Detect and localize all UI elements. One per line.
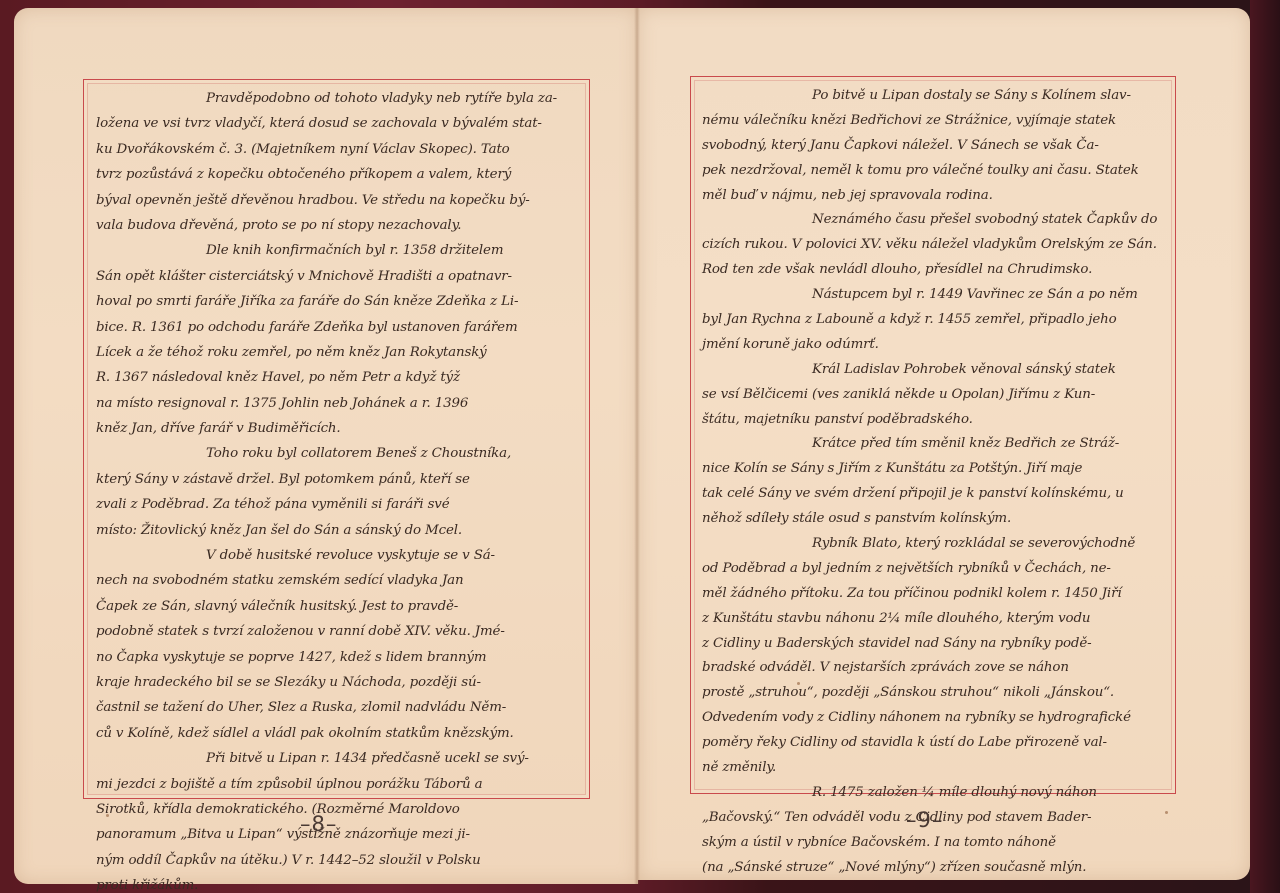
text-line: se vsí Bělčicemi (ves zaniklá někde u Op… bbox=[702, 383, 1157, 408]
text-line: býval opevněn ještě dřevěnou hradbou. Ve… bbox=[96, 188, 557, 213]
text-line: kněz Jan, dříve farář v Budiměřicích. bbox=[96, 416, 557, 441]
text-line: měl žádného přítoku. Za tou příčinou pod… bbox=[702, 582, 1157, 607]
text-line: měl buď v nájmu, neb jej spravovala rodi… bbox=[702, 184, 1157, 209]
text-line: Po bitvě u Lipan dostaly se Sány s Kolín… bbox=[702, 84, 1157, 109]
text-line: poměry řeky Cidliny od stavidla k ústí d… bbox=[702, 731, 1157, 756]
text-line: Rybník Blato, který rozkládal se severov… bbox=[702, 532, 1157, 557]
text-line: mi jezdci z bojiště a tím způsobil úplno… bbox=[96, 772, 557, 797]
text-line: Čapek ze Sán, slavný válečník husitský. … bbox=[96, 594, 557, 619]
text-line: R. 1475 založen ¼ míle dlouhý nový náhon bbox=[702, 781, 1157, 806]
text-line: Rod ten zde však nevládl dlouho, přesídl… bbox=[702, 258, 1157, 283]
text-line: Sán opět klášter cisterciátský v Mnichov… bbox=[96, 264, 557, 289]
text-line: Při bitvě u Lipan r. 1434 předčasně ucek… bbox=[96, 746, 557, 771]
text-line: Dle knih konfirmačních byl r. 1358 držit… bbox=[96, 238, 557, 263]
text-line: pek nezdržoval, neměl k tomu pro válečné… bbox=[702, 159, 1157, 184]
text-line: Toho roku byl collatorem Beneš z Choustn… bbox=[96, 441, 557, 466]
text-line: ložena ve vsi tvrz vladyčí, která dosud … bbox=[96, 111, 557, 136]
paper-stain bbox=[106, 814, 109, 817]
text-line: z Cidliny u Baderských stavidel nad Sány… bbox=[702, 632, 1157, 657]
text-line: Nástupcem byl r. 1449 Vavřinec ze Sán a … bbox=[702, 283, 1157, 308]
text-line: nému válečníku knězi Bedřichovi ze Stráž… bbox=[702, 109, 1157, 134]
text-line: prostě „struhou“, později „Sánskou struh… bbox=[702, 681, 1157, 706]
text-line: Krátce před tím směnil kněz Bedřich ze S… bbox=[702, 432, 1157, 457]
text-line: Odvedením vody z Cidliny náhonem na rybn… bbox=[702, 706, 1157, 731]
text-line: nech na svobodném statku zemském sedící … bbox=[96, 568, 557, 593]
text-line: ců v Kolíně, kdež sídlel a vládl pak oko… bbox=[96, 721, 557, 746]
text-line: ně změnily. bbox=[702, 756, 1157, 781]
text-line: ným oddíl Čapkův na útěku.) V r. 1442–52… bbox=[96, 848, 557, 873]
text-line: štátu, majetníku panství poděbradského. bbox=[702, 408, 1157, 433]
text-line: vala budova dřevěná, proto se po ní stop… bbox=[96, 213, 557, 238]
text-line: jmění koruně jako odúmrť. bbox=[702, 333, 1157, 358]
text-line: nice Kolín se Sány s Jiřím z Kunštátu za… bbox=[702, 457, 1157, 482]
right-page-handwritten-text: Po bitvě u Lipan dostaly se Sány s Kolín… bbox=[702, 84, 1157, 881]
text-line: místo: Žitovlický kněz Jan šel do Sán a … bbox=[96, 518, 557, 543]
text-line: proti křižákům. bbox=[96, 873, 557, 893]
text-line: V době husitské revoluce vyskytuje se v … bbox=[96, 543, 557, 568]
paper-stain bbox=[1165, 811, 1168, 814]
page-number-left: –8– bbox=[300, 812, 337, 836]
text-line: Neznámého času přešel svobodný statek Ča… bbox=[702, 208, 1157, 233]
text-line: od Poděbrad a byl jedním z největších ry… bbox=[702, 557, 1157, 582]
page-number-right: –9– bbox=[906, 808, 943, 832]
text-line: Král Ladislav Pohrobek věnoval sánský st… bbox=[702, 358, 1157, 383]
left-page-handwritten-text: Pravděpodobno od tohoto vladyky neb rytí… bbox=[96, 86, 557, 893]
text-line: bice. R. 1361 po odchodu faráře Zdeňka b… bbox=[96, 315, 557, 340]
text-line: bradské odváděl. V nejstarších zprávách … bbox=[702, 656, 1157, 681]
text-line: tak celé Sány ve svém držení připojil je… bbox=[702, 482, 1157, 507]
text-line: tvrz pozůstává z kopečku obtočeného přík… bbox=[96, 162, 557, 187]
book-gutter bbox=[634, 8, 640, 884]
text-line: (na „Sánské struze“ „Nové mlýny“) zřízen… bbox=[702, 856, 1157, 881]
text-line: ku Dvořákovském č. 3. (Majetníkem nyní V… bbox=[96, 137, 557, 162]
text-line: zvali z Poděbrad. Za téhož pána vyměnili… bbox=[96, 492, 557, 517]
text-line: který Sány v zástavě držel. Byl potomkem… bbox=[96, 467, 557, 492]
text-line: kraje hradeckého bil se se Slezáky u Nác… bbox=[96, 670, 557, 695]
text-line: R. 1367 následoval kněz Havel, po něm Pe… bbox=[96, 365, 557, 390]
text-line: něhož sdíleły stále osud s panstvím kolí… bbox=[702, 507, 1157, 532]
text-line: častnil se tažení do Uher, Slez a Ruska,… bbox=[96, 695, 557, 720]
text-line: Pravděpodobno od tohoto vladyky neb rytí… bbox=[96, 86, 557, 111]
text-line: byl Jan Rychna z Labouně a když r. 1455 … bbox=[702, 308, 1157, 333]
text-line: svobodný, který Janu Čapkovi náležel. V … bbox=[702, 134, 1157, 159]
paper-stain bbox=[797, 682, 800, 685]
text-line: Lícek a že téhož roku zemřel, po něm kně… bbox=[96, 340, 557, 365]
text-line: cizích rukou. V polovici XV. věku náleže… bbox=[702, 233, 1157, 258]
text-line: hoval po smrti faráře Jiříka za faráře d… bbox=[96, 289, 557, 314]
text-line: no Čapka vyskytuje se poprve 1427, kdež … bbox=[96, 645, 557, 670]
text-line: ským a ústil v rybníce Bačovském. I na t… bbox=[702, 831, 1157, 856]
text-line: podobně statek s tvrzí založenou v ranní… bbox=[96, 619, 557, 644]
book-cover-edge bbox=[1250, 0, 1280, 893]
text-line: na místo resignoval r. 1375 Johlin neb J… bbox=[96, 391, 557, 416]
text-line: z Kunštátu stavbu náhonu 2¼ míle dlouhéh… bbox=[702, 607, 1157, 632]
